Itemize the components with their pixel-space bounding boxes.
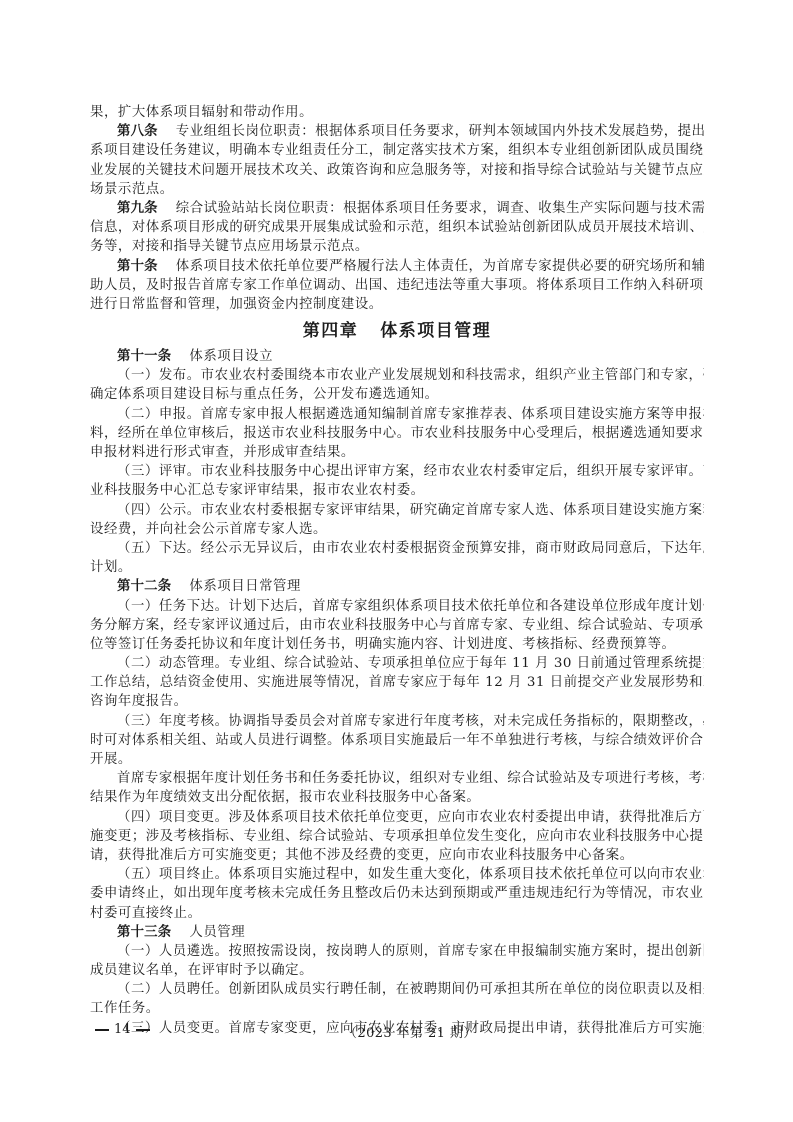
text-line: （二）动态管理。专业组、综合试验站、专项承担单位应于每年 11 月 30 日前通… [90,654,704,673]
text-line: 果，扩大体系项目辐射和带动作用。 [90,103,704,122]
text-line: （一）任务下达。计划下达后，首席专家组织体系项目技术依托单位和各建设单位形成年度… [90,597,704,616]
article-line: 第十一条体系项目设立 [90,347,704,366]
text-line: 进行日常监督和管理，加强资金内控制度建设。 [90,295,704,314]
line-text: 业科技服务中心汇总专家评审结果，报市农业农村委。 [90,483,425,498]
line-text: 委申请终止，如出现年度考核未完成任务且整改后仍未达到预期或严重违规违纪行为等情况… [90,886,704,901]
chapter-title: 体系项目管理 [380,321,491,341]
text-line: 业科技服务中心汇总专家评审结果，报市农业农村委。 [90,481,704,500]
line-text: （一）人员遴选。按照按需设岗，按岗聘人的原则，首席专家在申报编制实施方案时，提出… [117,944,704,959]
line-text: （三）评审。市农业科技服务中心提出评审方案，经市农业农村委审定后，组织开展专家评… [117,464,704,479]
article-label: 第九条 [117,201,158,216]
text-line: 务分解方案，经专家评议通过后，由市农业科技服务中心与首席专家、专业组、综合试验站… [90,616,704,635]
page-footer: 14 （2023 年第 21 期） [90,1022,704,1042]
line-text: 务等，对接和指导关键节点应用场景示范点。 [90,239,369,254]
line-text: （一）任务下达。计划下达后，首席专家组织体系项目技术依托单位和各建设单位形成年度… [117,599,704,614]
line-text: 首席专家根据年度计划任务书和任务委托协议，组织对专业组、综合试验站及专项进行考核… [117,771,704,786]
line-text: 设经费，并向社会公示首席专家人选。 [90,522,327,537]
line-text: 施变更；涉及考核指标、专业组、综合试验站、专项承担单位发生变化，应向市农业科技服… [90,829,704,844]
line-text: （五）下达。经公示无异议后，由市农业农村委根据资金预算安排，商市财政局同意后，下… [117,541,704,556]
text-line: （二）申报。首席专家申报人根据遴选通知编制首席专家推荐表、体系项目建设实施方案等… [90,405,704,424]
text-line: 成员建议名单，在评审时予以确定。 [90,961,704,980]
text-line: （三）评审。市农业科技服务中心提出评审方案，经市农业农村委审定后，组织开展专家评… [90,462,704,481]
line-text: 咨询年度报告。 [90,694,188,709]
text-line: 申报材料进行形式审查，并形成审查结果。 [90,443,704,462]
line-text: 信息，对体系项目形成的研究成果开展集成试验和示范，组织本试验站创新团队成员开展技… [90,220,704,235]
text-line: 请，获得批准后方可实施变更；其他不涉及经费的变更，应向市农业科技服务中心备案。 [90,846,704,865]
line-text: 请，获得批准后方可实施变更；其他不涉及经费的变更，应向市农业科技服务中心备案。 [90,848,634,863]
line-text: （二）动态管理。专业组、综合试验站、专项承担单位应于每年 11 月 30 日前通… [117,656,704,671]
article-label: 第十二条 [117,579,171,594]
article-label: 第十三条 [117,925,171,940]
text-line: （四）公示。市农业农村委根据专家评审结果，研究确定首席专家人选、体系项目建设实施… [90,501,704,520]
text-line: 务等，对接和指导关键节点应用场景示范点。 [90,237,704,256]
line-text: 工作总结，总结资金使用、实施进展等情况，首席专家应于每年 12 月 31 日前提… [90,675,704,690]
text-line: （三）年度考核。协调指导委员会对首席专家进行年度考核，对未完成任务指标的，限期整… [90,712,704,731]
text-line: 施变更；涉及考核指标、专业组、综合试验站、专项承担单位发生变化，应向市农业科技服… [90,827,704,846]
text-line: 信息，对体系项目形成的研究成果开展集成试验和示范，组织本试验站创新团队成员开展技… [90,218,704,237]
line-text: 专业组组长岗位职责：根据体系项目任务要求，研判本领域国内外技术发展趋势，提出体 [176,124,704,139]
line-text: 村委可直接终止。 [90,906,202,921]
line-text: 体系项目设立 [189,349,273,364]
text-line: （一）发布。市农业农村委围绕本市农业产业发展规划和科技需求，组织产业主管部门和专… [90,366,704,385]
body-text-after-chapter: 第十一条体系项目设立（一）发布。市农业农村委围绕本市农业产业发展规划和科技需求，… [90,347,704,1038]
text-line: 场景示范点。 [90,180,704,199]
text-line: 位等签订任务委托协议和年度计划任务书，明确实施内容、计划进度、考核指标、经费预算… [90,635,704,654]
line-text: （二）人员聘任。创新团队成员实行聘任制，在被聘期间仍可承担其所在单位的岗位职责以… [117,982,704,997]
line-text: 体系项目技术依托单位要严格履行法人主体责任，为首席专家提供必要的研究场所和辅 [176,259,704,274]
line-text: （三）年度考核。协调指导委员会对首席专家进行年度考核，对未完成任务指标的，限期整… [117,714,704,729]
article-line: 第十二条体系项目日常管理 [90,577,704,596]
line-text: 业发展的关键技术问题开展技术攻关、政策咨询和应急服务等，对接和指导综合试验站与关… [90,163,704,178]
text-line: 工作任务。 [90,999,704,1018]
line-text: 务分解方案，经专家评议通过后，由市农业科技服务中心与首席专家、专业组、综合试验站… [90,618,704,633]
text-line: 设经费，并向社会公示首席专家人选。 [90,520,704,539]
article-line: 第十三条人员管理 [90,923,704,942]
line-text: 结果作为年度绩效支出分配依据，报市农业科技服务中心备案。 [90,790,480,805]
text-line: 工作总结，总结资金使用、实施进展等情况，首席专家应于每年 12 月 31 日前提… [90,673,704,692]
line-text: （二）申报。首席专家申报人根据遴选通知编制首席专家推荐表、体系项目建设实施方案等… [117,407,704,422]
text-line: 咨询年度报告。 [90,692,704,711]
text-line: 时可对体系相关组、站或人员进行调整。体系项目实施最后一年不单独进行考核，与综合绩… [90,731,704,750]
page-number: 14 [90,1022,155,1037]
document-page: 果，扩大体系项目辐射和带动作用。第八条专业组组长岗位职责：根据体系项目任务要求，… [90,103,704,1038]
article-line: 第十条体系项目技术依托单位要严格履行法人主体责任，为首席专家提供必要的研究场所和… [90,257,704,276]
line-text: 成员建议名单，在评审时予以确定。 [90,963,313,978]
article-label: 第八条 [117,124,158,139]
issue-label: （2023 年第 21 期） [344,1022,477,1041]
line-text: （四）项目变更。涉及体系项目技术依托单位变更，应向市农业农村委提出申请，获得批准… [117,810,704,825]
text-line: （五）下达。经公示无异议后，由市农业农村委根据资金预算安排，商市财政局同意后，下… [90,539,704,558]
line-text: 助人员，及时报告首席专家工作单位调动、出国、违纪违法等重大事项。将体系项目工作纳… [90,278,704,293]
text-line: 计划。 [90,558,704,577]
text-line: 开展。 [90,750,704,769]
line-text: （五）项目终止。体系项目实施过程中，如发生重大变化，体系项目技术依托单位可以向市… [117,867,704,882]
line-text: 位等签订任务委托协议和年度计划任务书，明确实施内容、计划进度、考核指标、经费预算… [90,637,676,652]
line-text: 人员管理 [189,925,245,940]
text-line: 村委可直接终止。 [90,904,704,923]
line-text: 果，扩大体系项目辐射和带动作用。 [90,105,313,120]
article-label: 第十一条 [117,349,171,364]
line-text: 进行日常监督和管理，加强资金内控制度建设。 [90,297,383,312]
line-text: 工作任务。 [90,1001,160,1016]
line-text: 料，经所在单位审核后，报送市农业科技服务中心。市农业科技服务中心受理后，根据遴选… [90,426,704,441]
line-text: 确定体系项目建设目标与重点任务，公开发布遴选通知。 [90,387,439,402]
line-text: 综合试验站站长岗位职责：根据体系项目任务要求，调查、收集生产实际问题与技术需求 [176,201,704,216]
line-text: 开展。 [90,752,132,767]
text-line: 确定体系项目建设目标与重点任务，公开发布遴选通知。 [90,385,704,404]
line-text: 计划。 [90,560,132,575]
line-text: 场景示范点。 [90,182,174,197]
text-line: （四）项目变更。涉及体系项目技术依托单位变更，应向市农业农村委提出申请，获得批准… [90,808,704,827]
article-label: 第十条 [117,259,158,274]
text-line: （五）项目终止。体系项目实施过程中，如发生重大变化，体系项目技术依托单位可以向市… [90,865,704,884]
line-text: 申报材料进行形式审查，并形成审查结果。 [90,445,355,460]
text-line: 业发展的关键技术问题开展技术攻关、政策咨询和应急服务等，对接和指导综合试验站与关… [90,161,704,180]
text-line: 助人员，及时报告首席专家工作单位调动、出国、违纪违法等重大事项。将体系项目工作纳… [90,276,704,295]
article-line: 第九条综合试验站站长岗位职责：根据体系项目任务要求，调查、收集生产实际问题与技术… [90,199,704,218]
chapter-heading: 第四章体系项目管理 [90,316,704,346]
text-line: （二）人员聘任。创新团队成员实行聘任制，在被聘期间仍可承担其所在单位的岗位职责以… [90,980,704,999]
text-line: （一）人员遴选。按照按需设岗，按岗聘人的原则，首席专家在申报编制实施方案时，提出… [90,942,704,961]
chapter-number: 第四章 [303,321,359,341]
line-text: （一）发布。市农业农村委围绕本市农业产业发展规划和科技需求，组织产业主管部门和专… [117,368,704,383]
line-text: 系项目建设任务建议，明确本专业组责任分工，制定落实技术方案，组织本专业组创新团队… [90,143,704,158]
line-text: 体系项目日常管理 [189,579,301,594]
text-line: 首席专家根据年度计划任务书和任务委托协议，组织对专业组、综合试验站及专项进行考核… [90,769,704,788]
text-line: 系项目建设任务建议，明确本专业组责任分工，制定落实技术方案，组织本专业组创新团队… [90,141,704,160]
body-text-before-chapter: 果，扩大体系项目辐射和带动作用。第八条专业组组长岗位职责：根据体系项目任务要求，… [90,103,704,314]
article-line: 第八条专业组组长岗位职责：根据体系项目任务要求，研判本领域国内外技术发展趋势，提… [90,122,704,141]
text-line: 料，经所在单位审核后，报送市农业科技服务中心。市农业科技服务中心受理后，根据遴选… [90,424,704,443]
line-text: 时可对体系相关组、站或人员进行调整。体系项目实施最后一年不单独进行考核，与综合绩… [90,733,704,748]
line-text: （四）公示。市农业农村委根据专家评审结果，研究确定首席专家人选、体系项目建设实施… [117,503,704,518]
text-line: 委申请终止，如出现年度考核未完成任务且整改后仍未达到预期或严重违规违纪行为等情况… [90,884,704,903]
text-line: 结果作为年度绩效支出分配依据，报市农业科技服务中心备案。 [90,788,704,807]
